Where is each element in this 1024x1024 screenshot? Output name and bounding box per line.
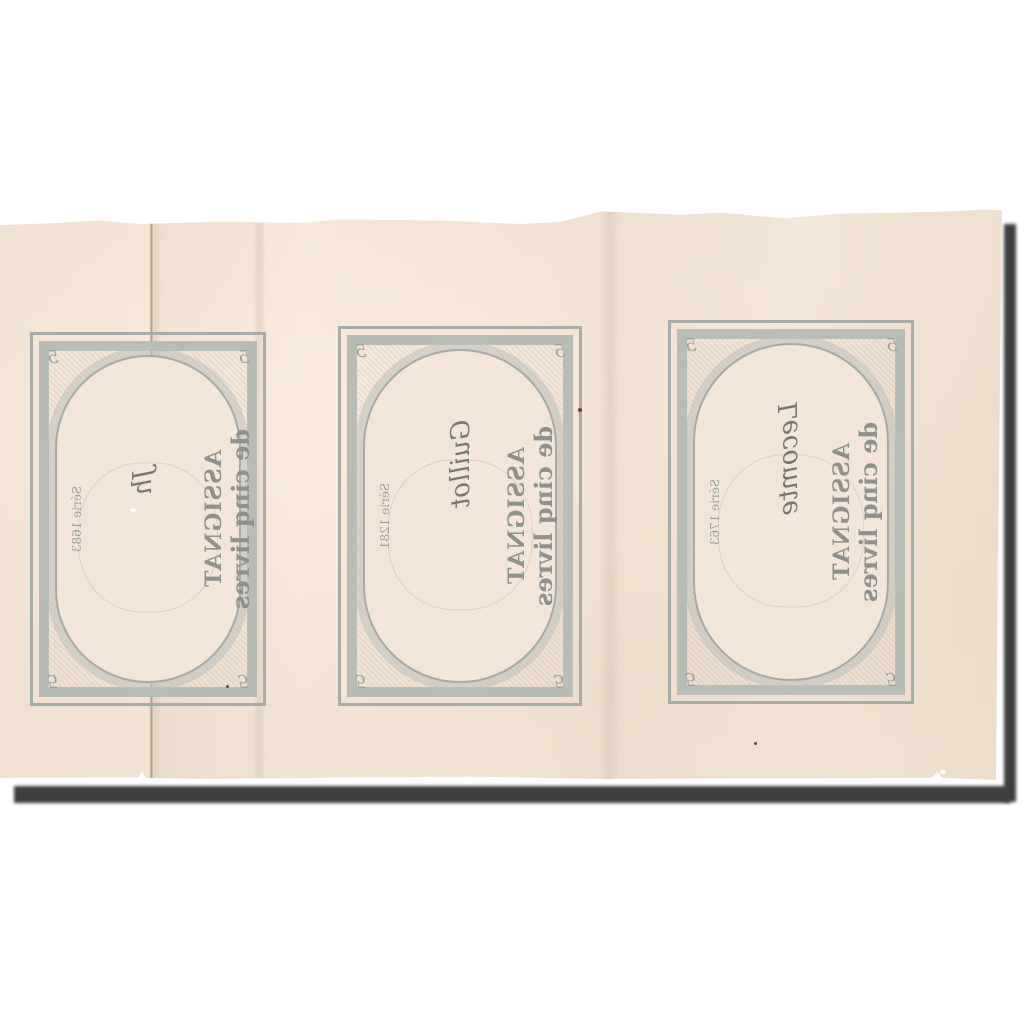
note-signature: Lecomte	[774, 402, 804, 515]
note-value: de cinq livres	[855, 422, 883, 602]
note-series: Série 1281	[378, 483, 392, 549]
paper-hole	[940, 770, 946, 774]
assignat-sheet: 5 5 5 5 ASSIGNAT de cinq livres Série 16…	[0, 208, 1002, 780]
paper-hole	[130, 508, 136, 512]
ink-spot	[754, 742, 757, 745]
corner-numeral: 5	[355, 670, 366, 691]
assignat-note-right: 5 5 5 5 ASSIGNAT de cinq livres Série 17…	[668, 320, 914, 704]
assignat-note-middle: 5 5 5 5 ASSIGNAT de cinq livres Série 12…	[338, 326, 582, 706]
note-title: ASSIGNAT	[829, 422, 855, 602]
note-series: Série 1683	[70, 486, 84, 552]
corner-numeral: 5	[47, 670, 58, 691]
corner-numeral: 5	[238, 670, 249, 691]
assignat-note-left: 5 5 5 5 ASSIGNAT de cinq livres Série 16…	[30, 332, 266, 706]
note-series: Série 1763	[708, 479, 722, 545]
corner-numeral: 5	[554, 670, 565, 691]
corner-numeral: 5	[238, 347, 249, 368]
ink-spot	[578, 408, 582, 412]
note-signature: Jh	[128, 469, 158, 496]
fold-mark	[600, 208, 620, 780]
note-legend: ASSIGNAT de cinq livres	[504, 426, 558, 606]
corner-numeral: 5	[685, 668, 696, 689]
corner-numeral: 5	[886, 335, 897, 356]
note-legend: ASSIGNAT de cinq livres	[201, 429, 255, 609]
note-legend: ASSIGNAT de cinq livres	[829, 422, 883, 602]
corner-numeral: 5	[685, 335, 696, 356]
note-title: ASSIGNAT	[201, 429, 227, 609]
sheet-shadow-right	[1004, 224, 1016, 802]
corner-numeral: 5	[355, 341, 366, 362]
note-value: de cinq livres	[227, 429, 255, 609]
corner-numeral: 5	[47, 347, 58, 368]
note-title: ASSIGNAT	[504, 426, 530, 606]
corner-numeral: 5	[554, 341, 565, 362]
sheet-shadow-bottom	[14, 786, 1010, 803]
ink-spot	[226, 685, 229, 688]
note-value: de cinq livres	[530, 426, 558, 606]
corner-numeral: 5	[886, 668, 897, 689]
note-signature: Guillot	[446, 419, 476, 508]
